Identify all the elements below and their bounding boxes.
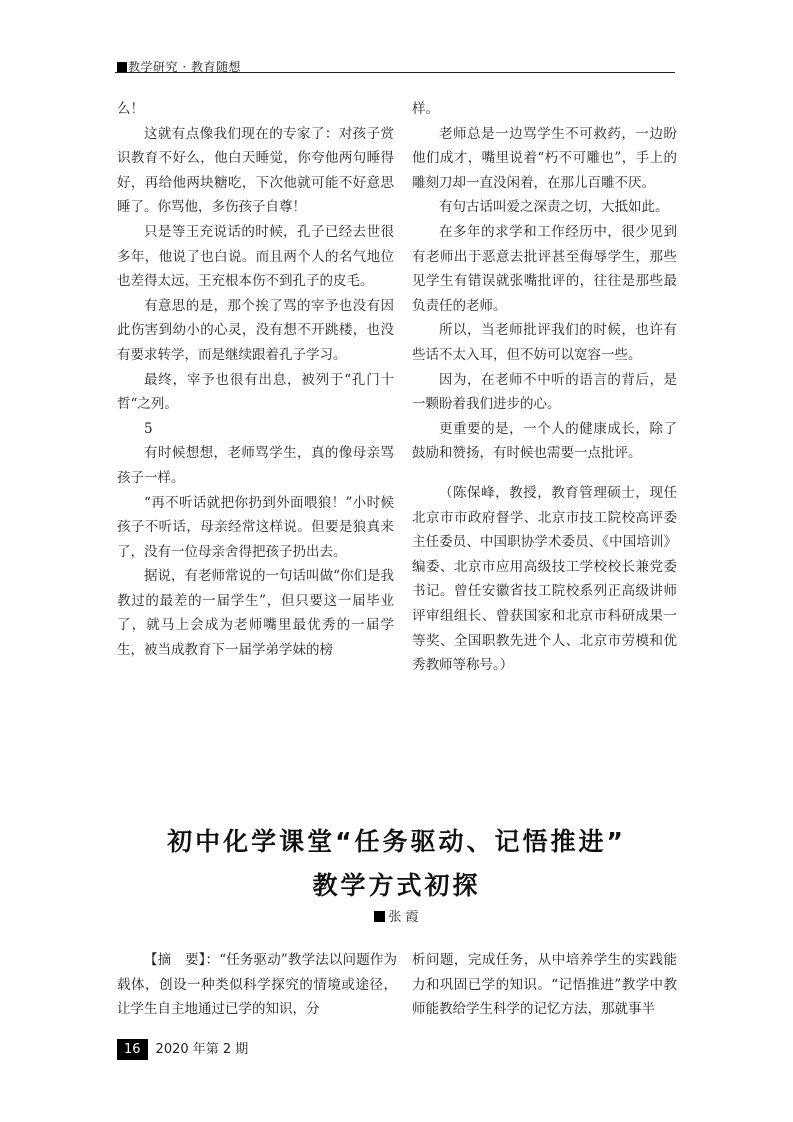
section-number: 5 [117, 417, 394, 442]
paragraph: 最终，宰予也很有出息，被列于“孔门十哲“之列。 [117, 368, 394, 417]
author-bio: （陈保峰，教授，教育管理硕士，现任北京市市政府督学、北京市技工院校高评委主任委员… [412, 481, 677, 678]
left-column: 么！ 这就有点像我们现在的专家了：对孩子赏识教育不好么，他白天睡觉，你夸他两句睡… [117, 97, 394, 663]
paragraph: 老师总是一边骂学生不可救药，一边盼他们成才，嘴里说着“朽不可雕也”，手上的雕刻刀… [412, 122, 677, 196]
abstract-text-right: 析问题，完成任务，从中培养学生的实践能力和巩固已学的知识。“记悟推进”教学中教师… [412, 948, 677, 1022]
paragraph: 有时候想想，老师骂学生，真的像母亲骂孩子一样。 [117, 441, 394, 490]
paragraph: 这就有点像我们现在的专家了：对孩子赏识教育不好么，他白天睡觉，你夸他两句睡得好，… [117, 122, 394, 220]
paragraph: “再不听话就把你扔到外面喂狼！”小时候孩子不听话，母亲经常这样说。但要是狼真来了… [117, 491, 394, 565]
paragraph: 有意思的是，那个挨了骂的宰予也没有因此伤害到幼小的心灵，没有想不开跳楼，也没有要… [117, 294, 394, 368]
paragraph: 样。 [412, 97, 677, 122]
page-number: 16 [117, 1039, 148, 1060]
paragraph: 只是等王充说话的时候，孔子已经去世很多年，他说了也白说。而且两个人的名气地位也差… [117, 220, 394, 294]
article-author: 张 霞 [0, 906, 793, 925]
right-column: 样。 老师总是一边骂学生不可救药，一边盼他们成才，嘴里说着“朽不可雕也”，手上的… [412, 97, 677, 466]
author-bio-text: （陈保峰，教授，教育管理硕士，现任北京市市政府督学、北京市技工院校高评委主任委员… [412, 481, 677, 678]
paragraph: 所以，当老师批评我们的时候，也许有些话不太入耳，但不妨可以宽容一些。 [412, 318, 677, 367]
article-title-line2: 教学方式初探 [0, 866, 793, 902]
paragraph: 么！ [117, 97, 394, 122]
article-title-line1: 初中化学课堂“任务驱动、记悟推进” [0, 822, 793, 858]
paragraph: 有句古话叫爱之深责之切，大抵如此。 [412, 195, 677, 220]
issue-label: 2020 年第 2 期 [156, 1042, 249, 1057]
paragraph: 据说，有老师常说的一句话叫做“你们是我教过的最差的一届学生”，但只要这一届毕业了… [117, 564, 394, 662]
abstract-right: 析问题，完成任务，从中培养学生的实践能力和巩固已学的知识。“记悟推进”教学中教师… [412, 948, 677, 1022]
paragraph: 更重要的是，一个人的健康成长，除了鼓励和赞扬，有时候也需要一点批评。 [412, 417, 677, 466]
paragraph: 因为，在老师不中听的语言的背后，是一颗盼着我们进步的心。 [412, 368, 677, 417]
header-square-icon [117, 62, 127, 72]
abstract-left: 【摘 要】：“任务驱动”教学法以问题作为载体，创设一种类似科学探究的情境或途径，… [117, 948, 397, 1022]
author-square-icon [374, 911, 385, 922]
abstract-label: 【摘 要】： [144, 952, 219, 968]
paragraph: 在多年的求学和工作经历中，很少见到有老师出于恶意去批评甚至侮辱学生，那些见学生有… [412, 220, 677, 318]
page-footer: 162020 年第 2 期 [117, 1038, 248, 1060]
header-rule [115, 72, 675, 73]
author-name: 张 霞 [388, 910, 418, 925]
